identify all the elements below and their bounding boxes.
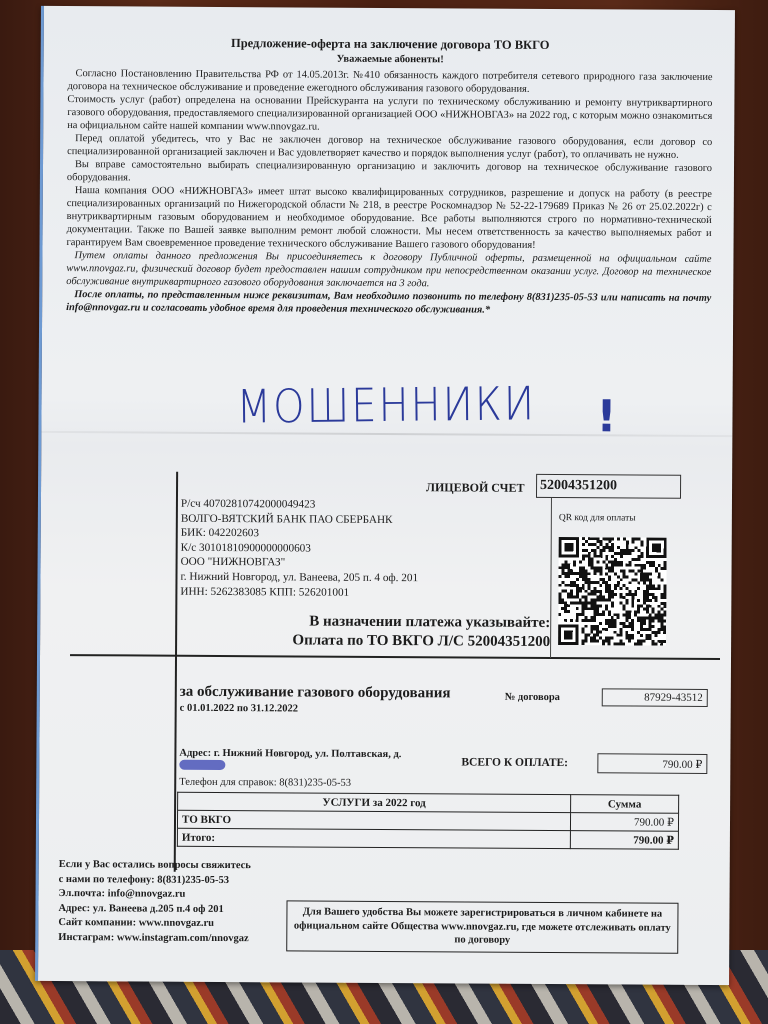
account-number: 52004351200 [536,474,681,499]
bank-name: ВОЛГО-ВЯТСКИЙ БАНК ПАО СБЕРБАНК [181,511,419,527]
paragraph: Наша компания ООО «НИЖНОВГАЗ» имеет штат… [66,184,711,253]
column-header-amount: Сумма [571,795,679,814]
contact-info: Если у Вас остались вопросы свяжитесь с … [58,858,251,946]
contract-label: № договора [505,692,560,703]
document-title: Предложение-оферта на заключение договор… [68,36,713,53]
offer-terms: Путем оплаты данного предложения Вы прис… [66,249,711,292]
service-title: за обслуживание газового оборудования [180,684,451,703]
bank-bik: БИК: 042202603 [181,526,419,542]
contact-address: Адрес: ул. Ванеева д.205 п.4 оф 201 [58,902,250,918]
paragraph: Вы вправе самостоятельно выбирать специа… [67,158,712,188]
bank-details: Р/сч 40702810742000049423 ВОЛГО-ВЯТСКИЙ … [180,497,418,601]
company-inn-kpp: ИНН: 5262383085 КПП: 526201001 [180,584,418,600]
company-name: ООО "НИЖНОВГАЗ" [181,555,419,571]
bank-corr-account: К/с 30101810900000000603 [181,541,419,557]
qr-divider [550,498,552,658]
personal-cabinet-note: Для Вашего удобства Вы можете зарегистри… [286,900,678,953]
purpose-value: Оплата по ТО ВКГО Л/С 52004351200 [230,631,550,652]
document-page: Предложение-оферта на заключение договор… [35,6,735,985]
service-period: с 01.01.2022 по 31.12.2022 [180,703,298,715]
qr-label: QR код для оплаты [559,513,636,523]
purpose-label: В назначении платежа указывайте: [230,612,550,633]
total-row-label: Итого: [177,828,570,848]
account-label: ЛИЦЕВОЙ СЧЕТ [426,480,525,496]
service-name: ТО ВКГО [177,810,570,830]
greeting: Уважаемые абоненты! [68,51,713,68]
after-payment-instructions: После оплаты, по представленным ниже рек… [66,288,711,318]
total-value: 790.00 ₽ [597,753,707,774]
service-amount: 790.00 ₽ [570,813,678,832]
redacted-house-number [179,760,225,770]
bank-account: Р/сч 40702810742000049423 [181,497,419,513]
contact-instagram: Инстаграм: www.instagram.com/nnovgaz [58,931,250,947]
services-table: УСЛУГИ за 2022 год Сумма ТО ВКГО 790.00 … [177,792,679,850]
table-row-total: Итого: 790.00 ₽ [177,828,678,849]
qr-code-icon [558,537,667,646]
handwritten-exclamation: ! [596,391,616,442]
contract-number: 87929-43512 [602,688,708,707]
cut-line-horizontal [70,654,720,659]
address-text: Адрес: г. Нижний Новгород, ул. Полтавска… [179,747,401,761]
payment-purpose: В назначении платежа указывайте: Оплата … [230,612,550,652]
paragraph: Согласно Постановлению Правительства РФ … [67,67,712,97]
total-label: ВСЕГО К ОПЛАТЕ: [461,756,568,769]
paragraph: Стоимость услуг (работ) определена на ос… [67,93,712,136]
total-row-amount: 790.00 ₽ [570,831,678,850]
contact-website: Сайт компании: www.nnovgaz.ru [58,916,250,932]
contact-email: Эл.почта: info@nnovgaz.ru [59,887,251,903]
reference-phone: Телефон для справок: 8(831)235-05-53 [179,777,351,789]
company-address: г. Нижний Новгород, ул. Ванеева, 205 п. … [180,570,418,586]
customer-address: Адрес: г. Нижний Новгород, ул. Полтавска… [179,747,401,775]
handwritten-note: МОШЕННИКИ [236,378,536,434]
column-header-services: УСЛУГИ за 2022 год [178,792,571,812]
contact-intro: Если у Вас остались вопросы свяжитесь [59,858,251,874]
offer-section: Предложение-оферта на заключение договор… [66,36,713,318]
paragraph: Перед оплатой убедитесь, что у Вас не за… [67,132,712,162]
contact-phone: с нами по телефону: 8(831)235-05-53 [59,873,251,889]
